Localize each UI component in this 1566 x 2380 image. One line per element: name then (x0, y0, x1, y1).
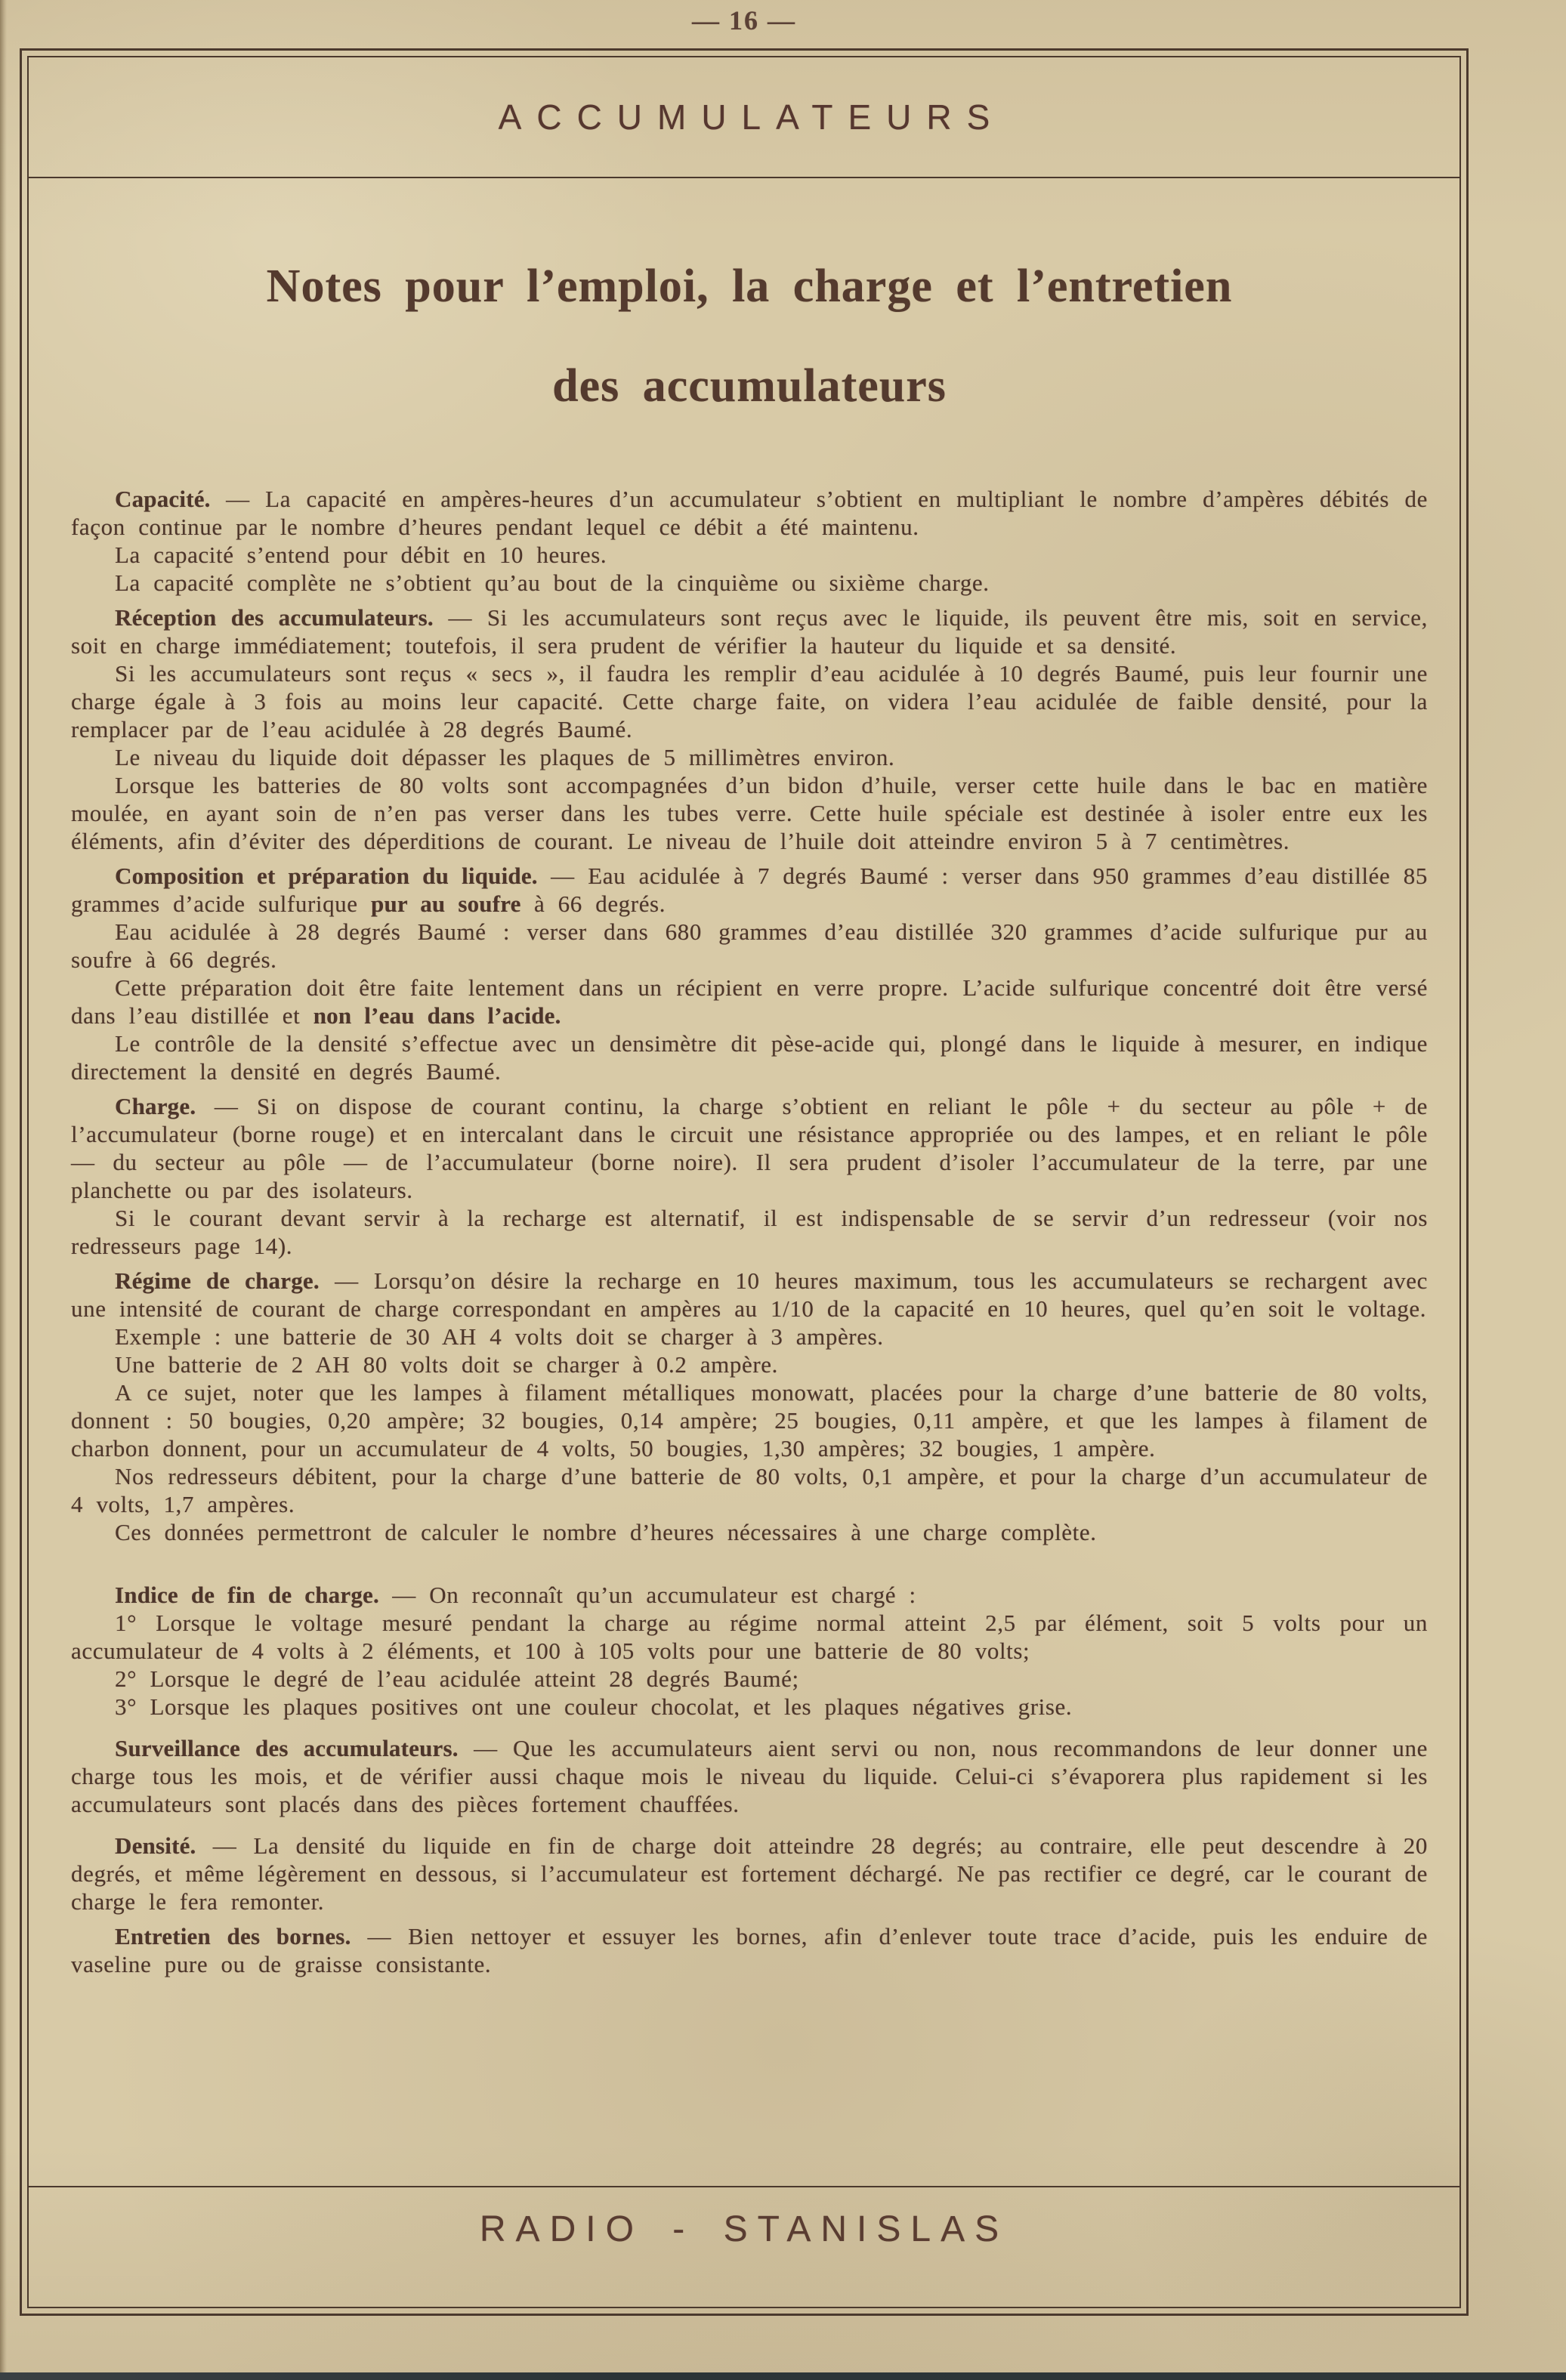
paragraph: Eau acidulée à 28 degrés Baumé : verser … (71, 918, 1428, 974)
paragraph: Indice de fin de charge. — On reconnaît … (71, 1581, 1428, 1609)
footer-brand: RADIO - STANISLAS (480, 2209, 1008, 2250)
document-title-line1: Notes pour l’emploi, la charge et l’entr… (71, 260, 1428, 313)
document-title-line2: des accumulateurs (71, 360, 1428, 412)
page-border-frame-inner: ACCUMULATEURS Notes pour l’emploi, la ch… (27, 56, 1461, 2308)
body-paragraphs: Capacité. — La capacité en ampères-heure… (71, 485, 1428, 1978)
page-number: — 16 — (20, 5, 1469, 36)
paragraph: Surveillance des accumulateurs. — Que le… (71, 1734, 1428, 1818)
paragraph: Régime de charge. — Lorsqu’on désire la … (71, 1267, 1428, 1323)
paragraph: Lorsque les batteries de 80 volts sont a… (71, 771, 1428, 855)
paragraph: Nos redresseurs débitent, pour la charge… (71, 1462, 1428, 1518)
paragraph: 3° Lorsque les plaques positives ont une… (71, 1693, 1428, 1721)
paragraph: Si le courant devant servir à la recharg… (71, 1204, 1428, 1260)
paragraph: Exemple : une batterie de 30 AH 4 volts … (71, 1323, 1428, 1351)
header-title: ACCUMULATEURS (483, 97, 1005, 137)
paragraph: Densité. — La densité du liquide en fin … (71, 1832, 1428, 1915)
paragraph: Cette préparation doit être faite lentem… (71, 974, 1428, 1029)
paragraph: Composition et préparation du liquide. —… (71, 862, 1428, 918)
paragraph: La capacité s’entend pour débit en 10 he… (71, 541, 1428, 569)
paragraph: 2° Lorsque le degré de l’eau acidulée at… (71, 1665, 1428, 1693)
main-content: Notes pour l’emploi, la charge et l’entr… (29, 178, 1459, 2186)
paragraph: Une batterie de 2 AH 80 volts doit se ch… (71, 1351, 1428, 1378)
paragraph: Réception des accumulateurs. — Si les ac… (71, 603, 1428, 659)
paragraph: Charge. — Si on dispose de courant conti… (71, 1092, 1428, 1204)
paragraph: Ces données permettront de calculer le n… (71, 1518, 1428, 1546)
paragraph: 1° Lorsque le voltage mesuré pendant la … (71, 1609, 1428, 1665)
paragraph: Le niveau du liquide doit dépasser les p… (71, 743, 1428, 771)
paragraph: A ce sujet, noter que les lampes à filam… (71, 1378, 1428, 1462)
header-band: ACCUMULATEURS (29, 57, 1459, 178)
scan-edge-left (0, 0, 7, 2380)
document-title: Notes pour l’emploi, la charge et l’entr… (71, 260, 1428, 412)
paragraph: Le contrôle de la densité s’effectue ave… (71, 1029, 1428, 1085)
paragraph: La capacité complète ne s’obtient qu’au … (71, 569, 1428, 597)
scanned-page: — 16 — ACCUMULATEURS Notes pour l’emploi… (0, 0, 1566, 2380)
paragraph: Capacité. — La capacité en ampères-heure… (71, 485, 1428, 541)
paragraph: Si les accumulateurs sont reçus « secs »… (71, 659, 1428, 743)
paragraph: Entretien des bornes. — Bien nettoyer et… (71, 1922, 1428, 1978)
footer-band: RADIO - STANISLAS (29, 2186, 1459, 2307)
page-border-frame: ACCUMULATEURS Notes pour l’emploi, la ch… (20, 48, 1469, 2316)
scan-edge-bottom (0, 2372, 1566, 2380)
